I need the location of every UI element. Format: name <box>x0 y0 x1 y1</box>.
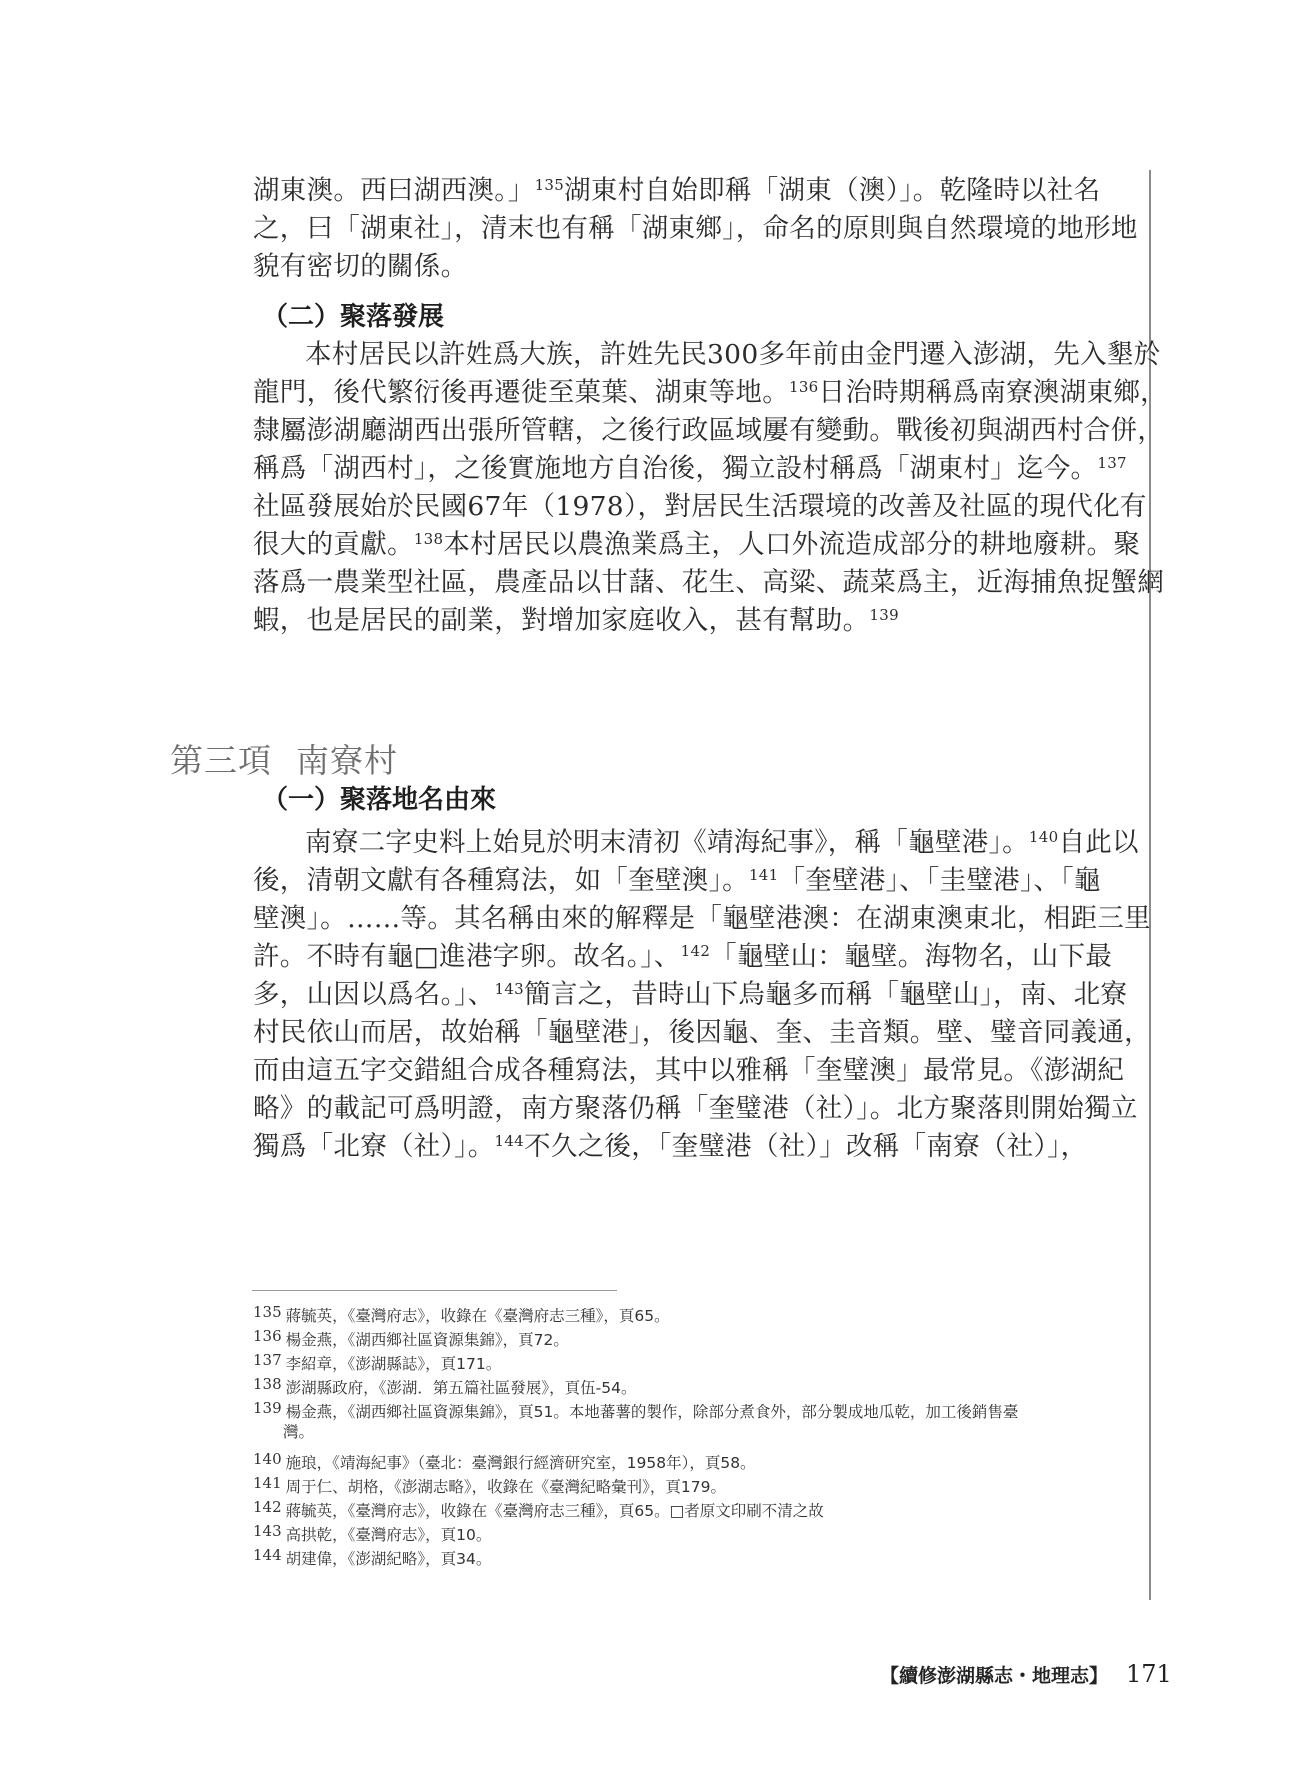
text-segment: 後，清朝文獻有各種寫法，如「奎壁澳」。 <box>253 865 749 896</box>
body-line: 湖東澳。西曰湖西澳。」135湖東村自始即稱「湖東（澳）」。乾隆時以社名 <box>253 172 1100 210</box>
subsection-heading: （一）聚落地名由來 <box>262 781 496 819</box>
text-segment: 「龜壁山：龜壁。海物名，山下最 <box>710 941 1112 972</box>
body-line: 貌有密切的關係。 <box>253 248 467 286</box>
text-segment: 不久之後，「奎璧港（社）」改稱「南寮（社）」， <box>524 1131 1087 1162</box>
footnote-ref[interactable]: 142 <box>681 942 711 960</box>
text-segment: 社區發展始於民國67年（1978），對居民生活環境的改善及社區的現代化有 <box>253 491 1147 522</box>
text-segment: 很大的貢獻。 <box>253 529 414 560</box>
text-segment: 而由這五字交錯組合成各種寫法，其中以雅稱「奎璧澳」最常見。《澎湖紀 <box>253 1055 1124 1086</box>
text-segment: 許。不時有龜□進港字卵。故名。」、 <box>253 941 681 972</box>
footnote-number: 136 <box>253 1327 282 1345</box>
body-line: 落爲一農業型社區，農產品以甘藷、花生、高粱、蔬菜爲主，近海捕魚捉蟹網 <box>253 564 1164 602</box>
body-line: 南寮二字史料上始見於明末清初《靖海紀事》，稱「龜壁港」。140自此以 <box>305 824 1139 862</box>
text-segment: 落爲一農業型社區，農產品以甘藷、花生、高粱、蔬菜爲主，近海捕魚捉蟹網 <box>253 567 1164 598</box>
section-title: 第三項南寮村 <box>170 735 398 782</box>
footnote-continuation: 灣。 <box>283 1420 314 1444</box>
text-segment: 龍門，後代繁衍後再遷徙至菓葉、湖東等地。 <box>253 377 789 408</box>
footnote-ref[interactable]: 136 <box>789 378 819 396</box>
text-segment: 略》的載記可爲明證，南方聚落仍稱「奎璧港（社）」。北方聚落則開始獨立 <box>253 1093 1138 1124</box>
footnote-number: 141 <box>253 1474 282 1492</box>
footnote-text: 周于仁、胡格，《澎湖志略》，收錄在《臺灣紀略彙刊》，頁179。 <box>286 1478 726 1496</box>
text-segment: 自此以 <box>1058 827 1138 858</box>
text-segment: 多，山因以爲名。」、 <box>253 979 495 1010</box>
text-segment: 簡言之，昔時山下烏龜多而稱「龜壁山」，南、北寮 <box>524 979 1127 1010</box>
footnote-ref[interactable]: 139 <box>869 606 899 624</box>
body-line: 而由這五字交錯組合成各種寫法，其中以雅稱「奎璧澳」最常見。《澎湖紀 <box>253 1052 1124 1090</box>
text-segment: 本村居民以許姓爲大族，許姓先民300多年前由金門遷入澎湖，先入墾於 <box>305 339 1160 370</box>
body-line: 獨爲「北寮（社）」。144不久之後，「奎璧港（社）」改稱「南寮（社）」， <box>253 1128 1087 1166</box>
footnote: 139楊金燕，《湖西鄉社區資源集錦》，頁51。本地蕃薯的製作，除部分煮食外，部分… <box>253 1396 1018 1424</box>
body-line: 蝦，也是居民的副業，對增加家庭收入，甚有幫助。139 <box>253 602 899 640</box>
text-segment: 貌有密切的關係。 <box>253 251 467 282</box>
footnote-ref[interactable]: 144 <box>495 1132 525 1150</box>
text-segment: 日治時期稱爲南寮澳湖東鄉， <box>819 377 1167 408</box>
book-title: 【續修澎湖縣志・地理志】 <box>880 1665 1108 1687</box>
body-line: 龍門，後代繁衍後再遷徙至菓葉、湖東等地。136日治時期稱爲南寮澳湖東鄉， <box>253 374 1167 412</box>
footnote-ref[interactable]: 138 <box>414 530 444 548</box>
text-segment: 南寮二字史料上始見於明末清初《靖海紀事》，稱「龜壁港」。 <box>305 827 1029 858</box>
text-segment: 壁澳」。……等。其名稱由來的解釋是「龜壁港澳：在湖東澳東北，相距三里 <box>253 903 1151 934</box>
body-line: 略》的載記可爲明證，南方聚落仍稱「奎璧港（社）」。北方聚落則開始獨立 <box>253 1090 1138 1128</box>
body-line: 多，山因以爲名。」、143簡言之，昔時山下烏龜多而稱「龜壁山」，南、北寮 <box>253 976 1127 1014</box>
footnote-separator <box>252 1290 617 1291</box>
footnote-text: 李紹章，《澎湖縣誌》，頁171。 <box>286 1355 502 1373</box>
text-segment: 湖東澳。西曰湖西澳。」 <box>253 175 535 206</box>
footnote-number: 143 <box>253 1522 282 1540</box>
footnote-ref[interactable]: 140 <box>1029 828 1059 846</box>
footnote-ref[interactable]: 143 <box>495 980 525 998</box>
footnote-text: 澎湖縣政府，《澎湖．第五篇社區發展》，頁伍-54。 <box>286 1379 637 1397</box>
footnote-ref[interactable]: 137 <box>1097 454 1127 472</box>
text-segment: 村民依山而居，故始稱「龜壁港」，後因龜、奎、圭音類。壁、璧音同義通， <box>253 1017 1151 1048</box>
section-name: 南寮村 <box>296 741 398 780</box>
footnote-number: 144 <box>253 1546 282 1564</box>
text-segment: 稱爲「湖西村」，之後實施地方自治後，獨立設村稱爲「湖東村」迄今。 <box>253 453 1097 484</box>
body-line: 稱爲「湖西村」，之後實施地方自治後，獨立設村稱爲「湖東村」迄今。137 <box>253 450 1127 488</box>
footnote-text: 高拱乾，《臺灣府志》，頁10。 <box>286 1526 492 1544</box>
page-number: 171 <box>1126 1660 1172 1688</box>
footnote-number: 142 <box>253 1498 282 1516</box>
footnote-number: 135 <box>253 1303 282 1321</box>
footnote-text: 楊金燕，《湖西鄉社區資源集錦》，頁72。 <box>286 1331 569 1349</box>
footnote-ref[interactable]: 135 <box>535 176 565 194</box>
text-segment: 隸屬澎湖廳湖西出張所管轄，之後行政區域屢有變動。戰後初與湖西村合併， <box>253 415 1164 446</box>
footnote-number: 138 <box>253 1375 282 1393</box>
body-line: 社區發展始於民國67年（1978），對居民生活環境的改善及社區的現代化有 <box>253 488 1147 526</box>
text-segment: 獨爲「北寮（社）」。 <box>253 1131 495 1162</box>
footnote: 144胡建偉，《澎湖紀略》，頁34。 <box>253 1543 491 1571</box>
running-footer: 【續修澎湖縣志・地理志】171 <box>880 1660 1172 1688</box>
body-line: 村民依山而居，故始稱「龜壁港」，後因龜、奎、圭音類。壁、璧音同義通， <box>253 1014 1151 1052</box>
text-segment: 本村居民以農漁業爲主，人口外流造成部分的耕地廢耕。聚 <box>443 529 1140 560</box>
footnote-number: 137 <box>253 1351 282 1369</box>
subsection-heading: （二）聚落發展 <box>262 298 444 336</box>
footnote-number: 139 <box>253 1399 282 1417</box>
body-line: 後，清朝文獻有各種寫法，如「奎壁澳」。141「奎壁港」、「圭璧港」、「龜 <box>253 862 1101 900</box>
body-line: 隸屬澎湖廳湖西出張所管轄，之後行政區域屢有變動。戰後初與湖西村合併， <box>253 412 1164 450</box>
text-segment: 蝦，也是居民的副業，對增加家庭收入，甚有幫助。 <box>253 605 869 636</box>
footnote-number: 140 <box>253 1450 282 1468</box>
text-segment: 之，曰「湖東社」，清末也有稱「湖東鄉」，命名的原則與自然環境的地形地 <box>253 213 1138 244</box>
body-line: 很大的貢獻。138本村居民以農漁業爲主，人口外流造成部分的耕地廢耕。聚 <box>253 526 1140 564</box>
text-segment: 湖東村自始即稱「湖東（澳）」。乾隆時以社名 <box>564 175 1100 206</box>
footnote-text: 楊金燕，《湖西鄉社區資源集錦》，頁51。本地蕃薯的製作，除部分煮食外，部分製成地… <box>286 1403 1019 1421</box>
footnote-text: 胡建偉，《澎湖紀略》，頁34。 <box>286 1550 492 1568</box>
footnote-text: 蔣毓英，《臺灣府志》，收錄在《臺灣府志三種》，頁65。□者原文印刷不清之故 <box>286 1502 824 1520</box>
body-line: 本村居民以許姓爲大族，許姓先民300多年前由金門遷入澎湖，先入墾於 <box>305 336 1160 374</box>
footnote-text: 施琅，《靖海紀事》（臺北：臺灣銀行經濟研究室，1958年），頁58。 <box>286 1454 756 1472</box>
body-line: 之，曰「湖東社」，清末也有稱「湖東鄉」，命名的原則與自然環境的地形地 <box>253 210 1138 248</box>
footnote-ref[interactable]: 141 <box>749 866 779 884</box>
section-number: 第三項 <box>170 741 272 780</box>
text-segment: 「奎壁港」、「圭璧港」、「龜 <box>778 865 1100 896</box>
body-line: 壁澳」。……等。其名稱由來的解釋是「龜壁港澳：在湖東澳東北，相距三里 <box>253 900 1151 938</box>
footnote-text: 蔣毓英，《臺灣府志》，收錄在《臺灣府志三種》，頁65。 <box>286 1307 670 1325</box>
body-line: 許。不時有龜□進港字卵。故名。」、142「龜壁山：龜壁。海物名，山下最 <box>253 938 1112 976</box>
